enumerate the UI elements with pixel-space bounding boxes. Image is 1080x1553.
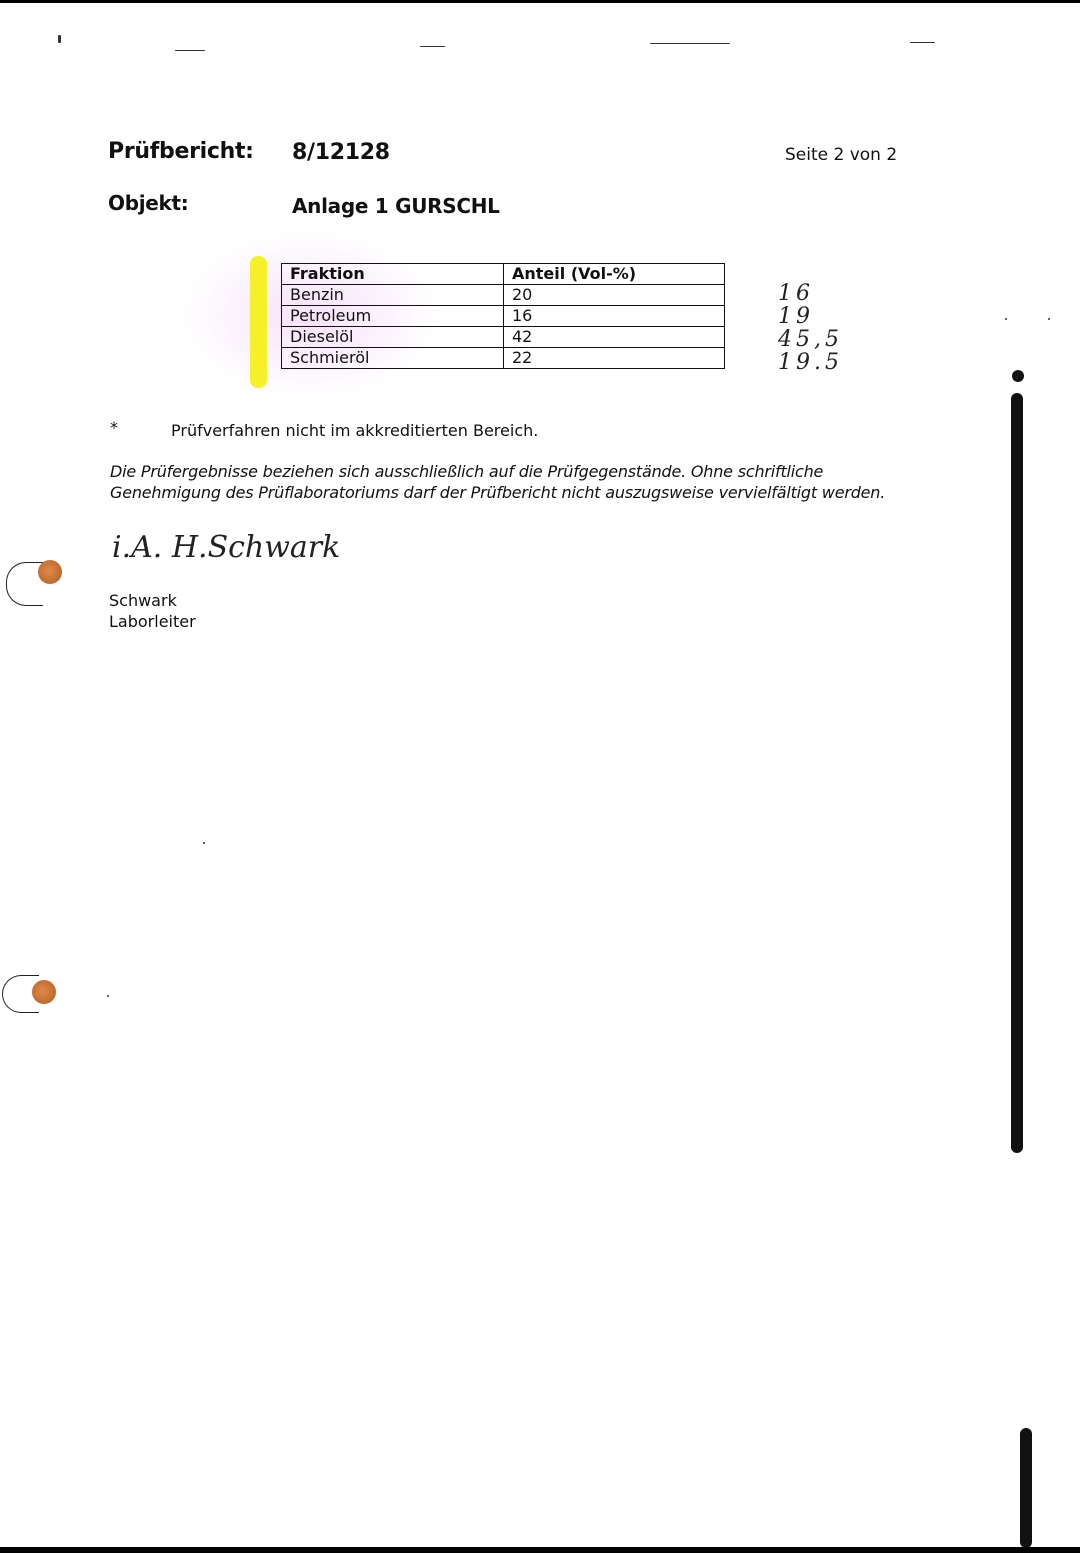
scan-speck	[175, 50, 205, 51]
report-label: Prüfbericht:	[108, 139, 254, 164]
note-text: Prüfverfahren nicht im akkreditierten Be…	[171, 421, 538, 440]
handwritten-notes: 16 19 45,5 19.5	[778, 282, 843, 374]
scan-bottom-border	[0, 1547, 1080, 1553]
fraction-cell: Schmieröl	[282, 348, 504, 369]
page-indicator: Seite 2 von 2	[785, 145, 897, 165]
scan-speck	[107, 995, 109, 997]
disclaimer: Die Prüfergebnisse beziehen sich ausschl…	[110, 461, 910, 503]
share-cell: 16	[504, 306, 725, 327]
fraction-cell: Dieselöl	[282, 327, 504, 348]
scan-top-border	[0, 0, 1080, 3]
scan-speck	[203, 842, 205, 844]
object-value: Anlage 1 GURSCHL	[292, 194, 500, 218]
object-label: Objekt:	[108, 191, 189, 215]
share-cell: 22	[504, 348, 725, 369]
note-marker: *	[110, 418, 118, 437]
scan-speck	[58, 35, 61, 43]
table-row: Petroleum 16	[282, 306, 725, 327]
handwritten-signature: i.A. H.Schwark	[112, 530, 340, 565]
scan-speck	[420, 46, 445, 47]
scan-edge-artifact	[1020, 1428, 1032, 1548]
report-number: 8/12128	[292, 140, 390, 165]
scan-edge-artifact	[1011, 393, 1023, 1153]
highlighter-mark	[250, 256, 267, 388]
table-row: Benzin 20	[282, 285, 725, 306]
fraction-cell: Benzin	[282, 285, 504, 306]
scan-speck	[910, 42, 935, 43]
table-row: Schmieröl 22	[282, 348, 725, 369]
signer-name: Schwark	[109, 590, 196, 611]
share-cell: 42	[504, 327, 725, 348]
handwritten-note: 16	[778, 282, 843, 305]
fraction-cell: Petroleum	[282, 306, 504, 327]
signer-title: Laborleiter	[109, 611, 196, 632]
table-header-row: Fraktion Anteil (Vol-%)	[282, 264, 725, 285]
punch-hole-icon	[32, 980, 56, 1004]
disclaimer-line: Die Prüfergebnisse beziehen sich ausschl…	[110, 461, 910, 482]
column-header-fraction: Fraktion	[282, 264, 504, 285]
handwritten-note: 19.5	[778, 351, 843, 374]
table-row: Dieselöl 42	[282, 327, 725, 348]
punch-hole-icon	[38, 560, 62, 584]
scan-speck	[650, 43, 730, 44]
fraction-table: Fraktion Anteil (Vol-%) Benzin 20 Petrol…	[281, 263, 725, 369]
share-cell: 20	[504, 285, 725, 306]
disclaimer-line: Genehmigung des Prüflaboratoriums darf d…	[110, 482, 910, 503]
signer-block: Schwark Laborleiter	[109, 590, 196, 632]
scan-edge-artifact	[1012, 370, 1024, 382]
handwritten-note: 45,5	[778, 328, 843, 351]
handwritten-note: 19	[778, 305, 843, 328]
column-header-share: Anteil (Vol-%)	[504, 264, 725, 285]
scan-speck	[1048, 318, 1050, 320]
scan-speck	[1005, 318, 1007, 320]
